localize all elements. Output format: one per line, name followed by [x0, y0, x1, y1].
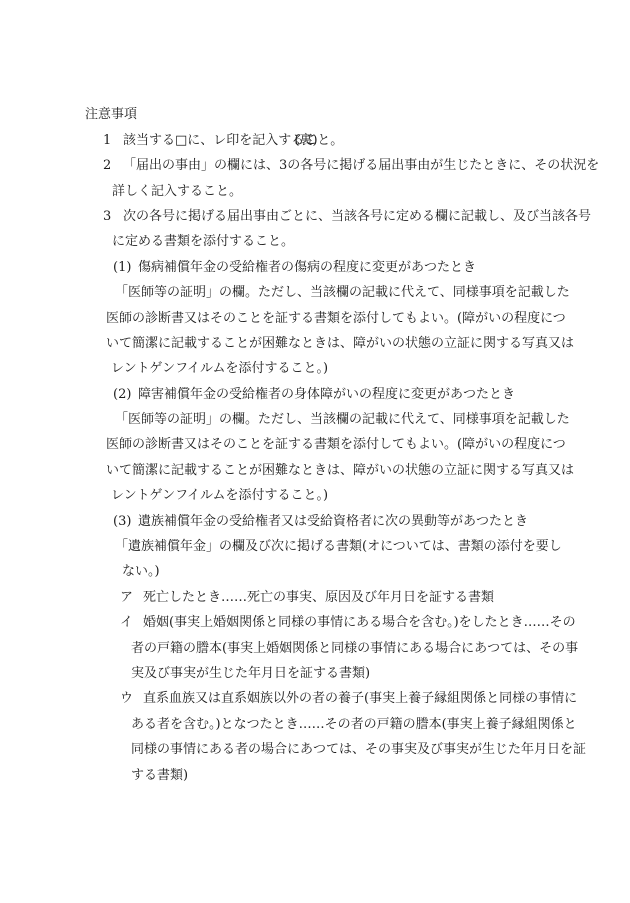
list-marker: 2	[103, 153, 111, 178]
line-text: 「遺族補償年金」の欄及び次に掲げる書類(オについては、書類の添付を要し	[115, 534, 562, 559]
line-text: 婚姻(事実上婚姻関係と同様の事情にある場合を含む。)をしたとき……その	[143, 610, 576, 635]
list-marker: (1)	[113, 255, 131, 280]
document-line: (1)傷病補償年金の受給権者の傷病の程度に変更があつたとき	[0, 255, 630, 280]
list-marker: イ	[120, 610, 133, 635]
line-text: いて簡潔に記載することが困難なときは、障がいの状態の立証に関する写真又は	[106, 458, 574, 483]
document-line: ウ直系血族又は直系姻族以外の者の養子(事実上養子縁組関係と同様の事情に	[0, 686, 630, 711]
list-marker: ウ	[120, 686, 133, 711]
document-line: 詳しく記入すること。	[0, 179, 630, 204]
line-text: 遺族補償年金の受給権者又は受給資格者に次の異動等があつたとき	[138, 509, 528, 534]
document-line: 者の戸籍の謄本(事実上婚姻関係と同様の事情にある場合にあつては、その事	[0, 636, 630, 661]
document-line: する書類)	[0, 763, 630, 788]
notes-heading: 注意事項	[0, 102, 630, 127]
document-line: 2「届出の事由」の欄には、3の各号に掲げる届出事由が生じたときに、その状況を	[0, 153, 630, 178]
page-side-label: (裏)	[0, 77, 630, 102]
line-text: 直系血族又は直系姻族以外の者の養子(事実上養子縁組関係と同様の事情に	[143, 686, 577, 711]
line-text: レントゲンフイルムを添付すること。)	[111, 483, 328, 508]
document-line: 1該当する□に、レ印を記入すること。	[0, 128, 630, 153]
line-text: 「医師等の証明」の欄。ただし、当該欄の記載に代えて、同様事項を記載した	[115, 407, 570, 432]
line-text: に定める書類を添付すること。	[112, 229, 294, 254]
document-line: 医師の診断書又はそのことを証する書類を添付してもよい。(障がいの程度につ	[0, 432, 630, 457]
list-marker: (3)	[113, 509, 131, 534]
line-text: 医師の診断書又はそのことを証する書類を添付してもよい。(障がいの程度につ	[106, 306, 566, 331]
document-body: 1該当する□に、レ印を記入すること。2「届出の事由」の欄には、3の各号に掲げる届…	[0, 128, 630, 788]
list-marker: 1	[103, 128, 111, 153]
line-text: 傷病補償年金の受給権者の傷病の程度に変更があつたとき	[138, 255, 476, 280]
document-line: 医師の診断書又はそのことを証する書類を添付してもよい。(障がいの程度につ	[0, 306, 630, 331]
list-marker: ア	[120, 585, 133, 610]
document-line: 「医師等の証明」の欄。ただし、当該欄の記載に代えて、同様事項を記載した	[0, 407, 630, 432]
line-text: 実及び事実が生じた年月日を証する書類)	[131, 661, 370, 686]
line-text: 医師の診断書又はそのことを証する書類を添付してもよい。(障がいの程度につ	[106, 432, 566, 457]
document-line: 同様の事情にある者の場合にあつては、その事実及び事実が生じた年月日を証	[0, 737, 630, 762]
line-text: いて簡潔に記載することが困難なときは、障がいの状態の立証に関する写真又は	[106, 331, 574, 356]
document-line: ア死亡したとき……死亡の事実、原因及び年月日を証する書類	[0, 585, 630, 610]
list-marker: 3	[103, 204, 111, 229]
line-text: 次の各号に掲げる届出事由ごとに、当該各号に定める欄に記載し、及び当該各号	[123, 204, 591, 229]
document-line: ない。)	[0, 559, 630, 584]
document-line: (3)遺族補償年金の受給権者又は受給資格者に次の異動等があつたとき	[0, 509, 630, 534]
line-text: 障害補償年金の受給権者の身体障がいの程度に変更があつたとき	[138, 382, 515, 407]
line-text: 「届出の事由」の欄には、3の各号に掲げる届出事由が生じたときに、その状況を	[123, 153, 599, 178]
line-text: する書類)	[131, 763, 188, 788]
line-text: ある者を含む。)となつたとき……その者の戸籍の謄本(事実上養子縁組関係と	[131, 712, 577, 737]
document-line: 3次の各号に掲げる届出事由ごとに、当該各号に定める欄に記載し、及び当該各号	[0, 204, 630, 229]
document-line: 実及び事実が生じた年月日を証する書類)	[0, 661, 630, 686]
document-line: 「遺族補償年金」の欄及び次に掲げる書類(オについては、書類の添付を要し	[0, 534, 630, 559]
line-text: ない。)	[122, 559, 160, 584]
document-line: 「医師等の証明」の欄。ただし、当該欄の記載に代えて、同様事項を記載した	[0, 280, 630, 305]
notes-heading-text: 注意事項	[85, 102, 137, 127]
line-text: レントゲンフイルムを添付すること。)	[111, 356, 328, 381]
document-line: に定める書類を添付すること。	[0, 229, 630, 254]
document-page: (裏) 注意事項 1該当する□に、レ印を記入すること。2「届出の事由」の欄には、…	[0, 0, 630, 903]
document-line: (2)障害補償年金の受給権者の身体障がいの程度に変更があつたとき	[0, 382, 630, 407]
line-text: 該当する□に、レ印を記入すること。	[123, 128, 343, 153]
list-marker: (2)	[113, 382, 131, 407]
document-line: ある者を含む。)となつたとき……その者の戸籍の謄本(事実上養子縁組関係と	[0, 712, 630, 737]
line-text: 詳しく記入すること。	[112, 179, 242, 204]
document-line: いて簡潔に記載することが困難なときは、障がいの状態の立証に関する写真又は	[0, 331, 630, 356]
line-text: 死亡したとき……死亡の事実、原因及び年月日を証する書類	[143, 585, 494, 610]
document-line: レントゲンフイルムを添付すること。)	[0, 483, 630, 508]
document-line: いて簡潔に記載することが困難なときは、障がいの状態の立証に関する写真又は	[0, 458, 630, 483]
line-text: 「医師等の証明」の欄。ただし、当該欄の記載に代えて、同様事項を記載した	[115, 280, 570, 305]
line-text: 者の戸籍の謄本(事実上婚姻関係と同様の事情にある場合にあつては、その事	[131, 636, 578, 661]
document-line: レントゲンフイルムを添付すること。)	[0, 356, 630, 381]
line-text: 同様の事情にある者の場合にあつては、その事実及び事実が生じた年月日を証	[131, 737, 586, 762]
document-line: イ婚姻(事実上婚姻関係と同様の事情にある場合を含む。)をしたとき……その	[0, 610, 630, 635]
